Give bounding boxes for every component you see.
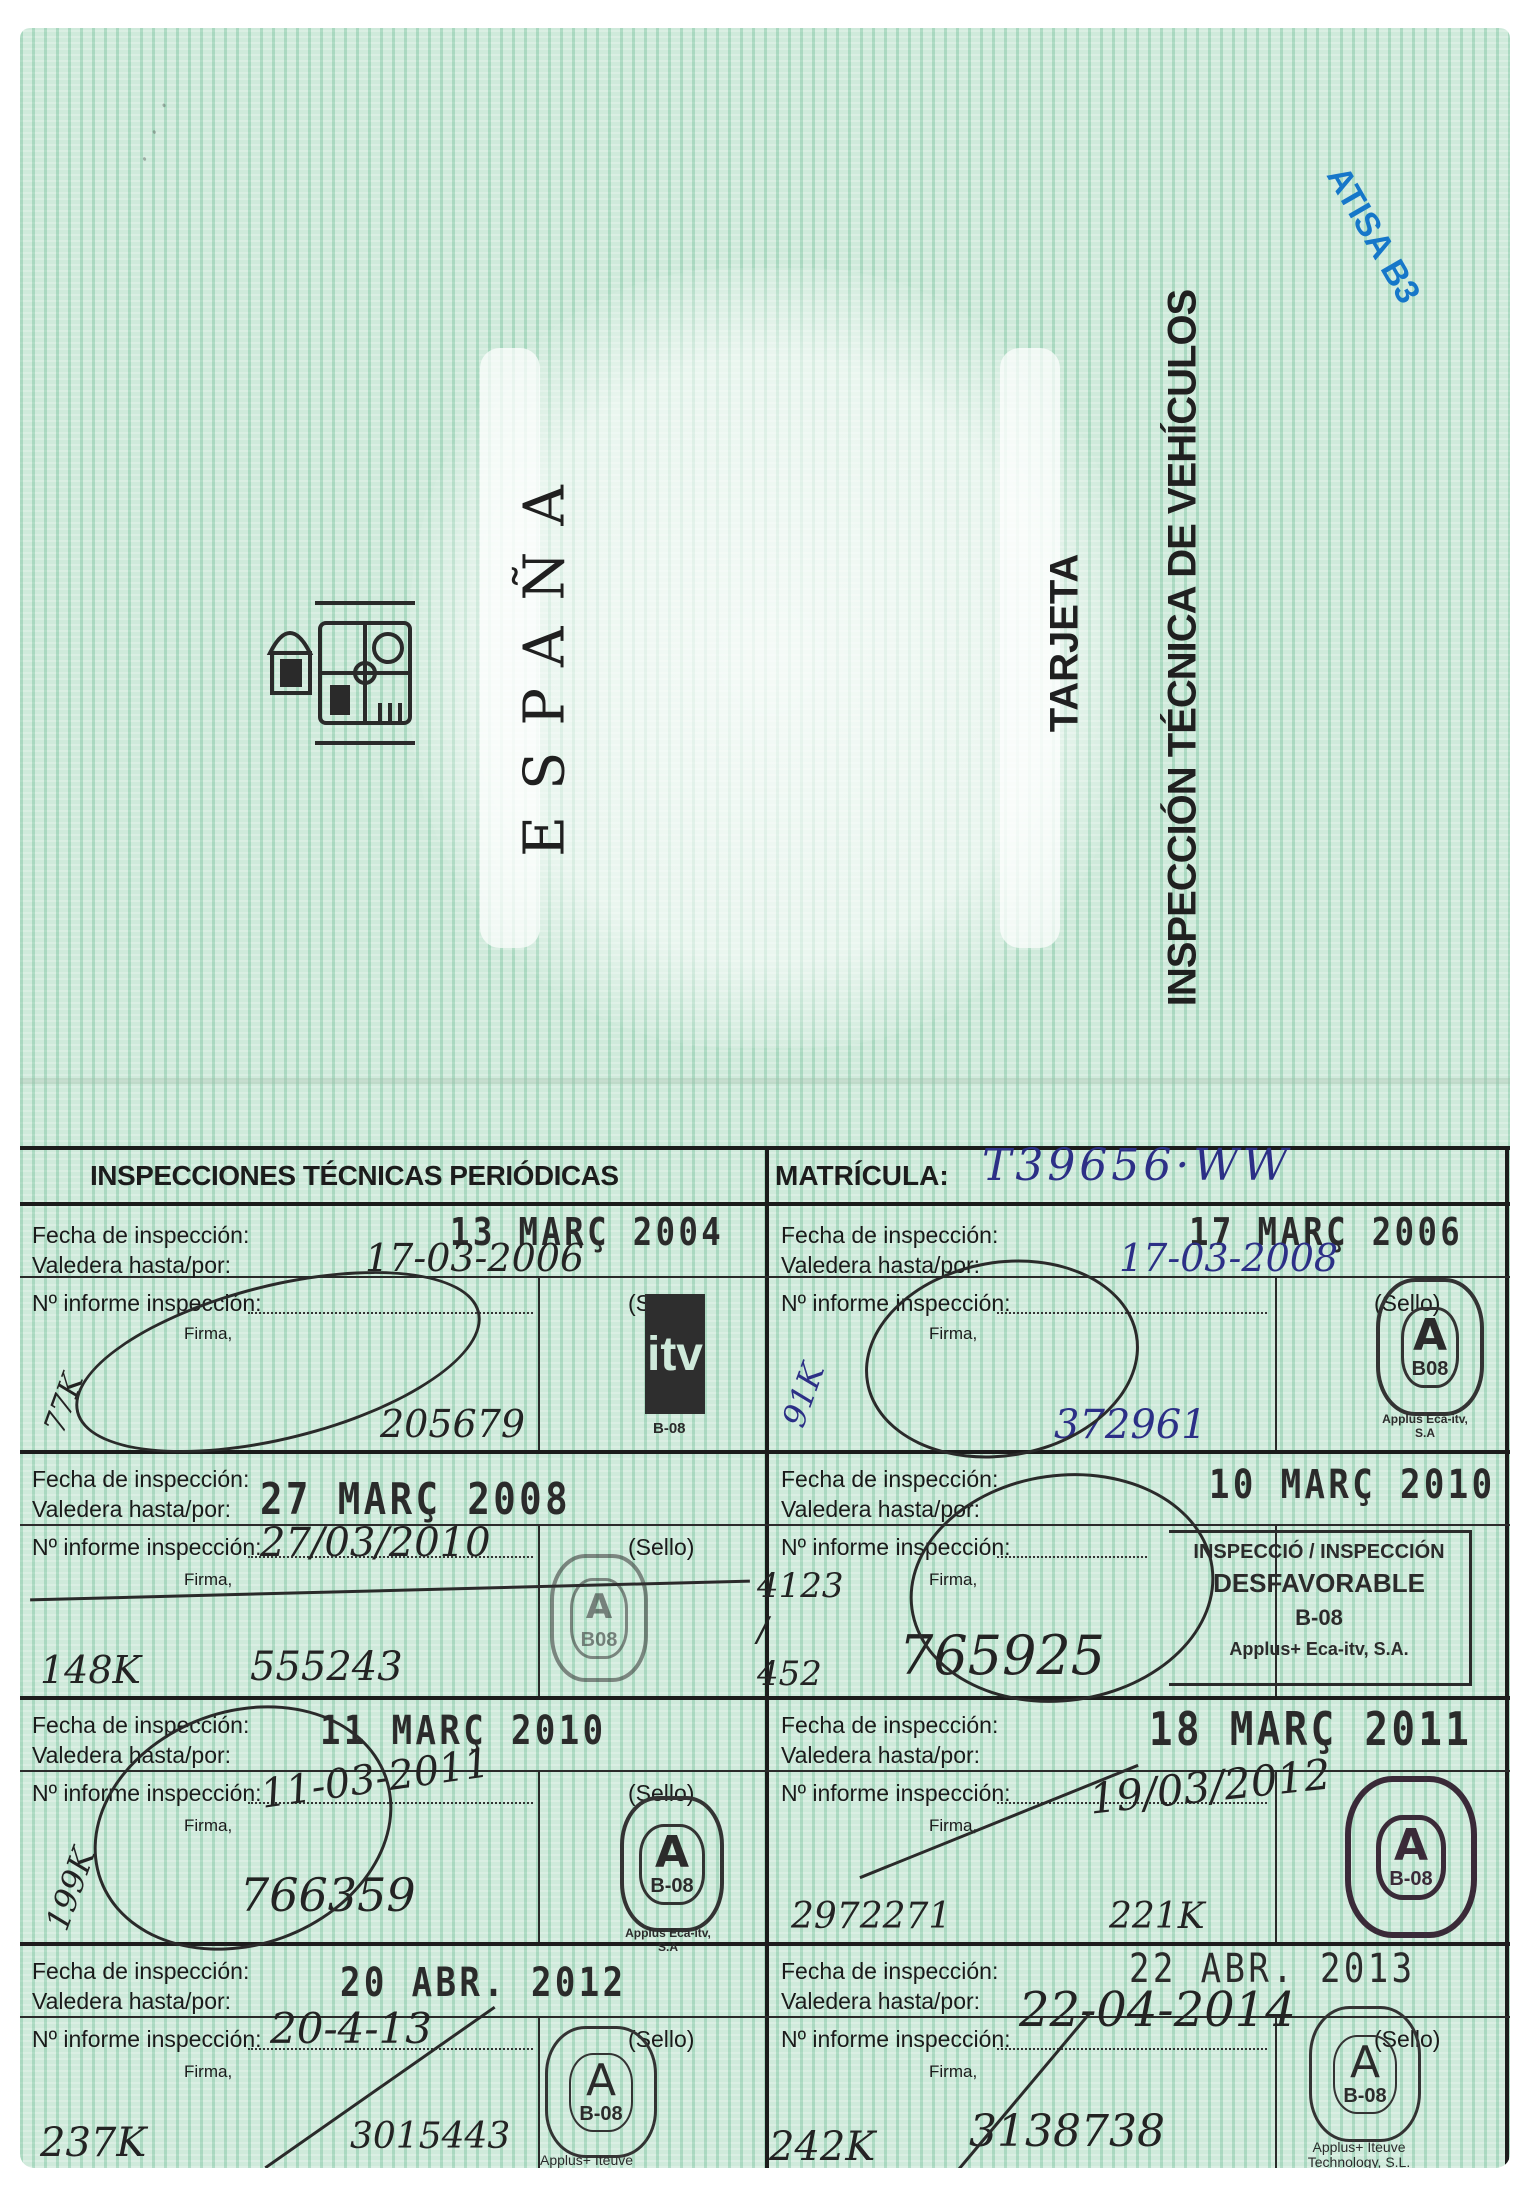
inspection-entry: Fecha de inspección: Valedera hasta/por:… — [20, 1206, 765, 1450]
label-signature: Firma, — [184, 2062, 232, 2082]
inspection-entry: Fecha de inspección: Valedera hasta/por:… — [769, 1206, 1510, 1450]
label-seal: (Sello) — [628, 1534, 694, 1561]
label-valid-until: Valedera hasta/por: — [781, 1742, 980, 1769]
mileage-note: 221K — [1109, 1896, 1205, 1937]
label-valid-until: Valedera hasta/por: — [32, 1988, 231, 2015]
report-number-handwritten: 555243 — [250, 1644, 403, 1690]
label-valid-until: Valedera hasta/por: — [32, 1496, 231, 1523]
label-inspection-date: Fecha de inspección: — [781, 1958, 998, 1985]
fold-line — [20, 1078, 1510, 1084]
label-inspection-date: Fecha de inspección: — [781, 1222, 998, 1249]
inspection-date-stamp: 20 ABR. 2012 — [340, 1960, 626, 2006]
coat-of-arms-icon — [260, 593, 430, 753]
label-report-number: Nº informe inspección: — [781, 2026, 1011, 2053]
report-number-handwritten: 2972271 — [791, 1896, 951, 1937]
valid-until-handwritten: 17-03-2008 — [1119, 1236, 1338, 1280]
inspection-entry: Fecha de inspección: Valedera hasta/por:… — [769, 1454, 1510, 1696]
blue-ink-stamp: ATISA B3 — [1191, 121, 1499, 414]
valid-until-handwritten: 19/03/2012 — [1087, 1749, 1333, 1823]
inspection-date-stamp: 27 MARÇ 2008 — [260, 1474, 571, 1525]
country-name: ESPAÑA — [513, 459, 578, 857]
mileage-note: 237K — [40, 2120, 146, 2166]
valid-until-handwritten: 20-4-13 — [270, 2004, 432, 2053]
plate-number: T39656·WW — [982, 1140, 1292, 1191]
inspection-entry: Fecha de inspección: Valedera hasta/por:… — [769, 1946, 1510, 2168]
seal-company: Applus+ Iteuve — [540, 2152, 633, 2168]
valid-until-handwritten: 22-04-2014 — [1019, 1982, 1296, 2038]
label-inspection-date: Fecha de inspección: — [32, 1466, 249, 1493]
card-title-inspection: INSPECCIÓN TÉCNICA DE VEHÍCULOS — [1161, 290, 1206, 1006]
label-inspection-date: Fecha de inspección: — [781, 1712, 998, 1739]
applus-seal-icon: AB-08 — [1345, 1776, 1477, 1938]
valid-until-handwritten: 27/03/2010 — [260, 1520, 491, 1566]
card-title-tarjeta: TARJETA — [1043, 554, 1088, 733]
inspection-date-stamp: 10 MARÇ 2010 — [1209, 1462, 1495, 1508]
applus-seal-icon: AB08 — [550, 1554, 648, 1682]
label-inspection-date: Fecha de inspección: — [781, 1466, 998, 1493]
label-signature: Firma, — [184, 1570, 232, 1590]
label-valid-until: Valedera hasta/por: — [32, 1252, 231, 1279]
mileage-note: 91K — [774, 1358, 832, 1432]
label-signature: Firma, — [929, 2062, 977, 2082]
report-number-handwritten: 205679 — [380, 1402, 525, 1446]
itv-seal-icon: itv — [645, 1294, 705, 1414]
inspection-entry: Fecha de inspección: Valedera hasta/por:… — [769, 1700, 1510, 1942]
seal-company: Applus+ Iteuve Technology, S.L. — [1294, 2140, 1424, 2168]
unfavorable-inspection-stamp: INSPECCIÓ / INSPECCIÓN DESFAVORABLE B-08… — [1169, 1530, 1472, 1686]
mileage-note: 148K — [40, 1648, 141, 1692]
report-number-handwritten: 3138738 — [969, 2106, 1165, 2157]
itv-card: · · · ESPAÑA TARJETA INSPECCIÓN T — [20, 28, 1510, 2168]
label-report-number: Nº informe inspección: — [32, 1534, 262, 1561]
card-cover: · · · ESPAÑA TARJETA INSPECCIÓN T — [20, 28, 1510, 1143]
inspection-date-stamp: 18 MARÇ 2011 — [1149, 1702, 1472, 1756]
applus-seal-icon: AB08 — [1376, 1278, 1484, 1416]
label-report-number: Nº informe inspección: — [32, 2026, 262, 2053]
inspection-entry: Fecha de inspección: Valedera hasta/por:… — [20, 1454, 765, 1696]
faint-handwritten-marks: · · · — [130, 91, 183, 168]
plate-label: MATRÍCULA: — [775, 1160, 949, 1192]
inspection-entry: Fecha de inspección: Valedera hasta/por:… — [20, 1700, 765, 1942]
periodic-inspections-header: INSPECCIONES TÉCNICAS PERIÓDICAS — [90, 1160, 619, 1192]
inspection-entry: Fecha de inspección: Valedera hasta/por:… — [20, 1946, 765, 2168]
mileage-note: 242K — [769, 2124, 875, 2168]
seal-code: B-08 — [653, 1420, 686, 1437]
applus-seal-icon: AB-08 — [1309, 2006, 1421, 2142]
applus-seal-icon: AB-08 — [620, 1796, 724, 1932]
mileage-note: 4123 / 452 — [757, 1564, 817, 1696]
label-report-number: Nº informe inspección: — [781, 1780, 1011, 1807]
report-number-handwritten: 3015443 — [350, 2116, 510, 2157]
applus-seal-icon: AB-08 — [545, 2026, 657, 2158]
seal-company: Applus Eca-itv, S.A — [1375, 1412, 1475, 1440]
label-inspection-date: Fecha de inspección: — [32, 1222, 249, 1249]
inspections-table: INSPECCIONES TÉCNICAS PERIÓDICAS MATRÍCU… — [20, 1146, 1510, 2168]
label-valid-until: Valedera hasta/por: — [781, 1988, 980, 2015]
label-inspection-date: Fecha de inspección: — [32, 1958, 249, 1985]
